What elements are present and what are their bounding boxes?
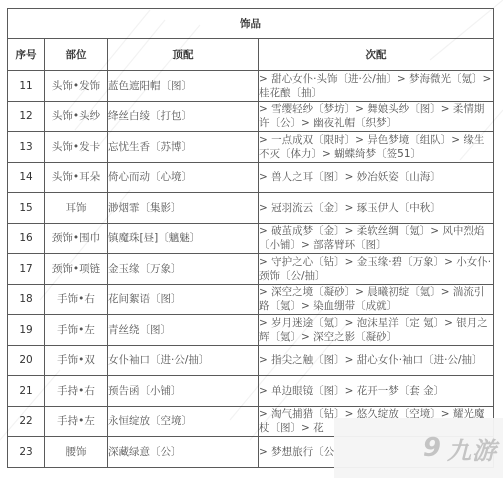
table-row: 11 头饰•发饰 蓝色遮阳帽〔图〕 > 甜心女仆·头饰〔进·公/抽〕> 梦海微光… [8,71,494,102]
row-sub: > 单边眼镜〔图〕> 花开一梦〔套 金〕 [259,376,494,407]
table-row: 17 颈饰•项链 金玉缘〔万象〕 > 守护之心〔钻〕> 金玉缘·碧〔万象〕> 小… [8,254,494,285]
row-part: 腰饰 [45,437,108,468]
row-part: 手饰•双 [45,345,108,376]
row-top: 预告函〔小铺〕 [108,376,259,407]
table-row: 19 手饰•左 青丝绕〔图〕 > 岁月迷途〔氪〕> 泡沫星洋〔定 氪〕> 银月之… [8,315,494,346]
row-sub: > 冠羽流云〔金〕> 琢玉伊人〔中秋〕 [259,193,494,224]
table-row: 15 耳饰 渺烟霏〔集影〕 > 冠羽流云〔金〕> 琢玉伊人〔中秋〕 [8,193,494,224]
row-sub: > 破茧成梦〔金〕> 柔软丝绸〔氪〕> 风中烈焰〔小铺〕> 部落臂环〔图〕 [259,223,494,254]
row-sub: > 一点成双〔限时〕> 异色梦境〔组队〕> 缘生不灭〔体力〕> 蝴蝶绮梦〔签51… [259,132,494,163]
row-part: 手持•左 [45,406,108,437]
row-sub: > 兽人之耳〔图〕> 妙冶妖姿〔山海〕 [259,162,494,193]
row-index: 19 [8,315,45,346]
row-sub: > 深空之境〔凝砂〕> 晨曦初绽〔氪〕> 湍流引路〔氪〕> 染血绷带〔成就〕 [259,284,494,315]
row-sub: > 指尖之触〔图〕> 甜心女仆·袖口〔进·公/抽〕 [259,345,494,376]
row-top: 花间絮语〔图〕 [108,284,259,315]
row-index: 12 [8,101,45,132]
logo-icon: 9 [423,433,441,463]
row-part: 手持•右 [45,376,108,407]
row-index: 11 [8,71,45,102]
row-sub: > 雪缨轻纱〔梦坊〕> 舞娘头纱〔图〕> 柔情期许〔公〕> 幽夜礼帽〔织梦〕 [259,101,494,132]
header-index: 序号 [8,39,45,71]
table-row: 20 手饰•双 女仆袖口〔进·公/抽〕 > 指尖之触〔图〕> 甜心女仆·袖口〔进… [8,345,494,376]
table-row: 18 手饰•右 花间絮语〔图〕 > 深空之境〔凝砂〕> 晨曦初绽〔氪〕> 湍流引… [8,284,494,315]
row-index: 17 [8,254,45,285]
row-part: 头饰•头纱 [45,101,108,132]
row-part: 手饰•左 [45,315,108,346]
table-row: 21 手持•右 预告函〔小铺〕 > 单边眼镜〔图〕> 花开一梦〔套 金〕 [8,376,494,407]
row-top: 忘忧生香〔苏博〕 [108,132,259,163]
row-top: 绛丝白绫〔打包〕 [108,101,259,132]
row-top: 倚心而动〔心境〕 [108,162,259,193]
table-row: 12 头饰•头纱 绛丝白绫〔打包〕 > 雪缨轻纱〔梦坊〕> 舞娘头纱〔图〕> 柔… [8,101,494,132]
row-top: 女仆袖口〔进·公/抽〕 [108,345,259,376]
row-part: 手饰•右 [45,284,108,315]
header-sub: 次配 [259,39,494,71]
row-top: 渺烟霏〔集影〕 [108,193,259,224]
logo-text: 九游 [447,431,497,466]
row-top: 永恒绽放〔空境〕 [108,406,259,437]
site-logo-watermark: 9 九游 [334,418,503,478]
row-sub: > 守护之心〔钻〕> 金玉缘·碧〔万象〕> 小女仆·颈饰〔公/抽〕 [259,254,494,285]
table-header-row: 序号 部位 顶配 次配 [8,39,494,71]
row-index: 23 [8,437,45,468]
accessories-table: 饰品 序号 部位 顶配 次配 11 头饰•发饰 蓝色遮阳帽〔图〕 > 甜心女仆·… [7,8,494,468]
row-part: 头饰•耳朵 [45,162,108,193]
row-index: 14 [8,162,45,193]
header-top: 顶配 [108,39,259,71]
row-part: 耳饰 [45,193,108,224]
row-index: 15 [8,193,45,224]
table-row: 16 颈饰•围巾 镇魔珠[昼]〔魑魅〕 > 破茧成梦〔金〕> 柔软丝绸〔氪〕> … [8,223,494,254]
row-index: 21 [8,376,45,407]
row-top: 镇魔珠[昼]〔魑魅〕 [108,223,259,254]
row-part: 头饰•发卡 [45,132,108,163]
table-title: 饰品 [8,9,494,39]
row-sub: > 甜心女仆·头饰〔进·公/抽〕> 梦海微光〔氪〕> 桂花酿〔抽〕 [259,71,494,102]
table-row: 13 头饰•发卡 忘忧生香〔苏博〕 > 一点成双〔限时〕> 异色梦境〔组队〕> … [8,132,494,163]
table-row: 14 头饰•耳朵 倚心而动〔心境〕 > 兽人之耳〔图〕> 妙冶妖姿〔山海〕 [8,162,494,193]
row-sub: > 岁月迷途〔氪〕> 泡沫星洋〔定 氪〕> 银月之辉〔氪〕> 深空之影〔凝砂〕 [259,315,494,346]
row-top: 深藏绿意〔公〕 [108,437,259,468]
row-top: 蓝色遮阳帽〔图〕 [108,71,259,102]
row-top: 青丝绕〔图〕 [108,315,259,346]
table-title-row: 饰品 [8,9,494,39]
row-index: 18 [8,284,45,315]
row-index: 13 [8,132,45,163]
row-part: 头饰•发饰 [45,71,108,102]
row-index: 22 [8,406,45,437]
header-part: 部位 [45,39,108,71]
row-index: 20 [8,345,45,376]
row-top: 金玉缘〔万象〕 [108,254,259,285]
row-part: 颈饰•项链 [45,254,108,285]
row-index: 16 [8,223,45,254]
row-part: 颈饰•围巾 [45,223,108,254]
